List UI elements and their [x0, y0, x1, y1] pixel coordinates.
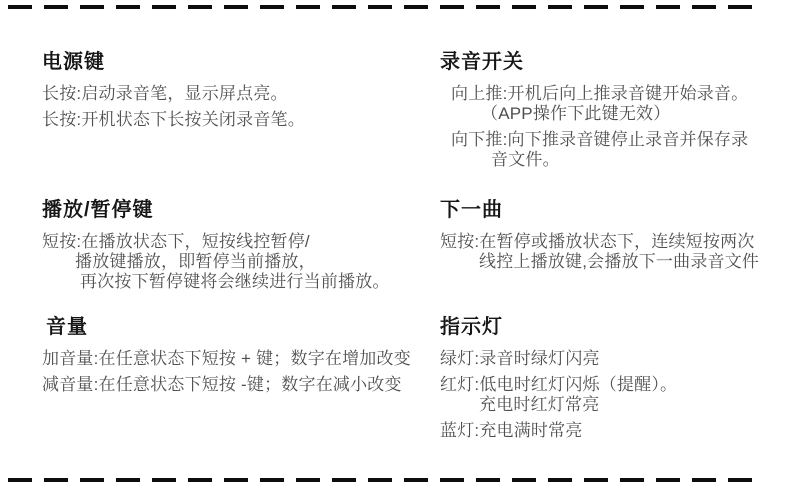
top-dashed-divider	[8, 5, 756, 9]
instruction-line: 绿灯:录音时绿灯闪亮	[440, 349, 790, 369]
instruction-line: 减音量:在任意状态下短按 -键；数字在减小改变	[42, 375, 440, 395]
next-track-heading: 下一曲	[440, 198, 790, 222]
record-switch-heading: 录音开关	[440, 50, 790, 74]
instruction-line: 音文件。	[451, 150, 790, 170]
volume-heading: 音量	[46, 315, 440, 339]
section-play-pause-key: 播放/暂停键 短按:在播放状态下，短按线控暂停/ 播放键播放，即暂停当前播放， …	[42, 198, 440, 315]
instruction-line: 红灯:低电时红灯闪烁（提醒）。	[440, 375, 790, 395]
indicator-light-body: 绿灯:录音时绿灯闪亮 红灯:低电时红灯闪烁（提醒）。 充电时红灯常亮 蓝灯:充电…	[440, 349, 790, 441]
instruction-line: 短按:在暂停或播放状态下，连续短按两次	[440, 232, 790, 252]
indicator-light-heading: 指示灯	[440, 315, 790, 339]
section-record-switch: 录音开关 向上推:开机后向上推录音键开始录音。 （APP操作下此键无效） 向下推…	[440, 50, 790, 198]
instruction-line: 向下推:向下推录音键停止录音并保存录	[451, 130, 790, 150]
manual-page: 电源键 长按:启动录音笔，显示屏点亮。 长按:开机状态下长按关闭录音笔。 录音开…	[0, 0, 790, 491]
section-next-track: 下一曲 短按:在暂停或播放状态下，连续短按两次 线控上播放键,会播放下一曲录音文…	[440, 198, 790, 315]
play-pause-key-body: 短按:在播放状态下，短按线控暂停/ 播放键播放，即暂停当前播放， 再次按下暂停键…	[42, 232, 440, 292]
instruction-line: 线控上播放键,会播放下一曲录音文件	[440, 252, 790, 272]
instruction-line: 短按:在播放状态下，短按线控暂停/	[42, 232, 440, 252]
instructions-grid: 电源键 长按:启动录音笔，显示屏点亮。 长按:开机状态下长按关闭录音笔。 录音开…	[42, 50, 790, 441]
instruction-line: 长按:启动录音笔，显示屏点亮。	[42, 84, 440, 104]
instruction-line: 播放键播放，即暂停当前播放，	[42, 252, 440, 272]
power-key-body: 长按:启动录音笔，显示屏点亮。 长按:开机状态下长按关闭录音笔。	[42, 84, 440, 130]
section-volume: 音量 加音量:在任意状态下短按 + 键；数字在增加改变 减音量:在任意状态下短按…	[42, 315, 440, 441]
section-indicator-light: 指示灯 绿灯:录音时绿灯闪亮 红灯:低电时红灯闪烁（提醒）。 充电时红灯常亮 蓝…	[440, 315, 790, 441]
next-track-body: 短按:在暂停或播放状态下，连续短按两次 线控上播放键,会播放下一曲录音文件	[440, 232, 790, 272]
power-key-heading: 电源键	[42, 50, 440, 74]
play-pause-key-heading: 播放/暂停键	[42, 198, 440, 222]
bottom-dashed-divider	[8, 478, 756, 482]
instruction-line: 向上推:开机后向上推录音键开始录音。	[451, 84, 790, 104]
instruction-line: 长按:开机状态下长按关闭录音笔。	[42, 110, 440, 130]
volume-body: 加音量:在任意状态下短按 + 键；数字在增加改变 减音量:在任意状态下短按 -键…	[42, 349, 440, 395]
section-power-key: 电源键 长按:启动录音笔，显示屏点亮。 长按:开机状态下长按关闭录音笔。	[42, 50, 440, 198]
instruction-line: （APP操作下此键无效）	[451, 104, 790, 124]
instruction-line: 蓝灯:充电满时常亮	[440, 421, 790, 441]
record-switch-body: 向上推:开机后向上推录音键开始录音。 （APP操作下此键无效） 向下推:向下推录…	[440, 84, 790, 170]
instruction-line: 加音量:在任意状态下短按 + 键；数字在增加改变	[42, 349, 440, 369]
instruction-line: 充电时红灯常亮	[440, 395, 790, 415]
instruction-line: 再次按下暂停键将会继续进行当前播放。	[42, 272, 440, 292]
